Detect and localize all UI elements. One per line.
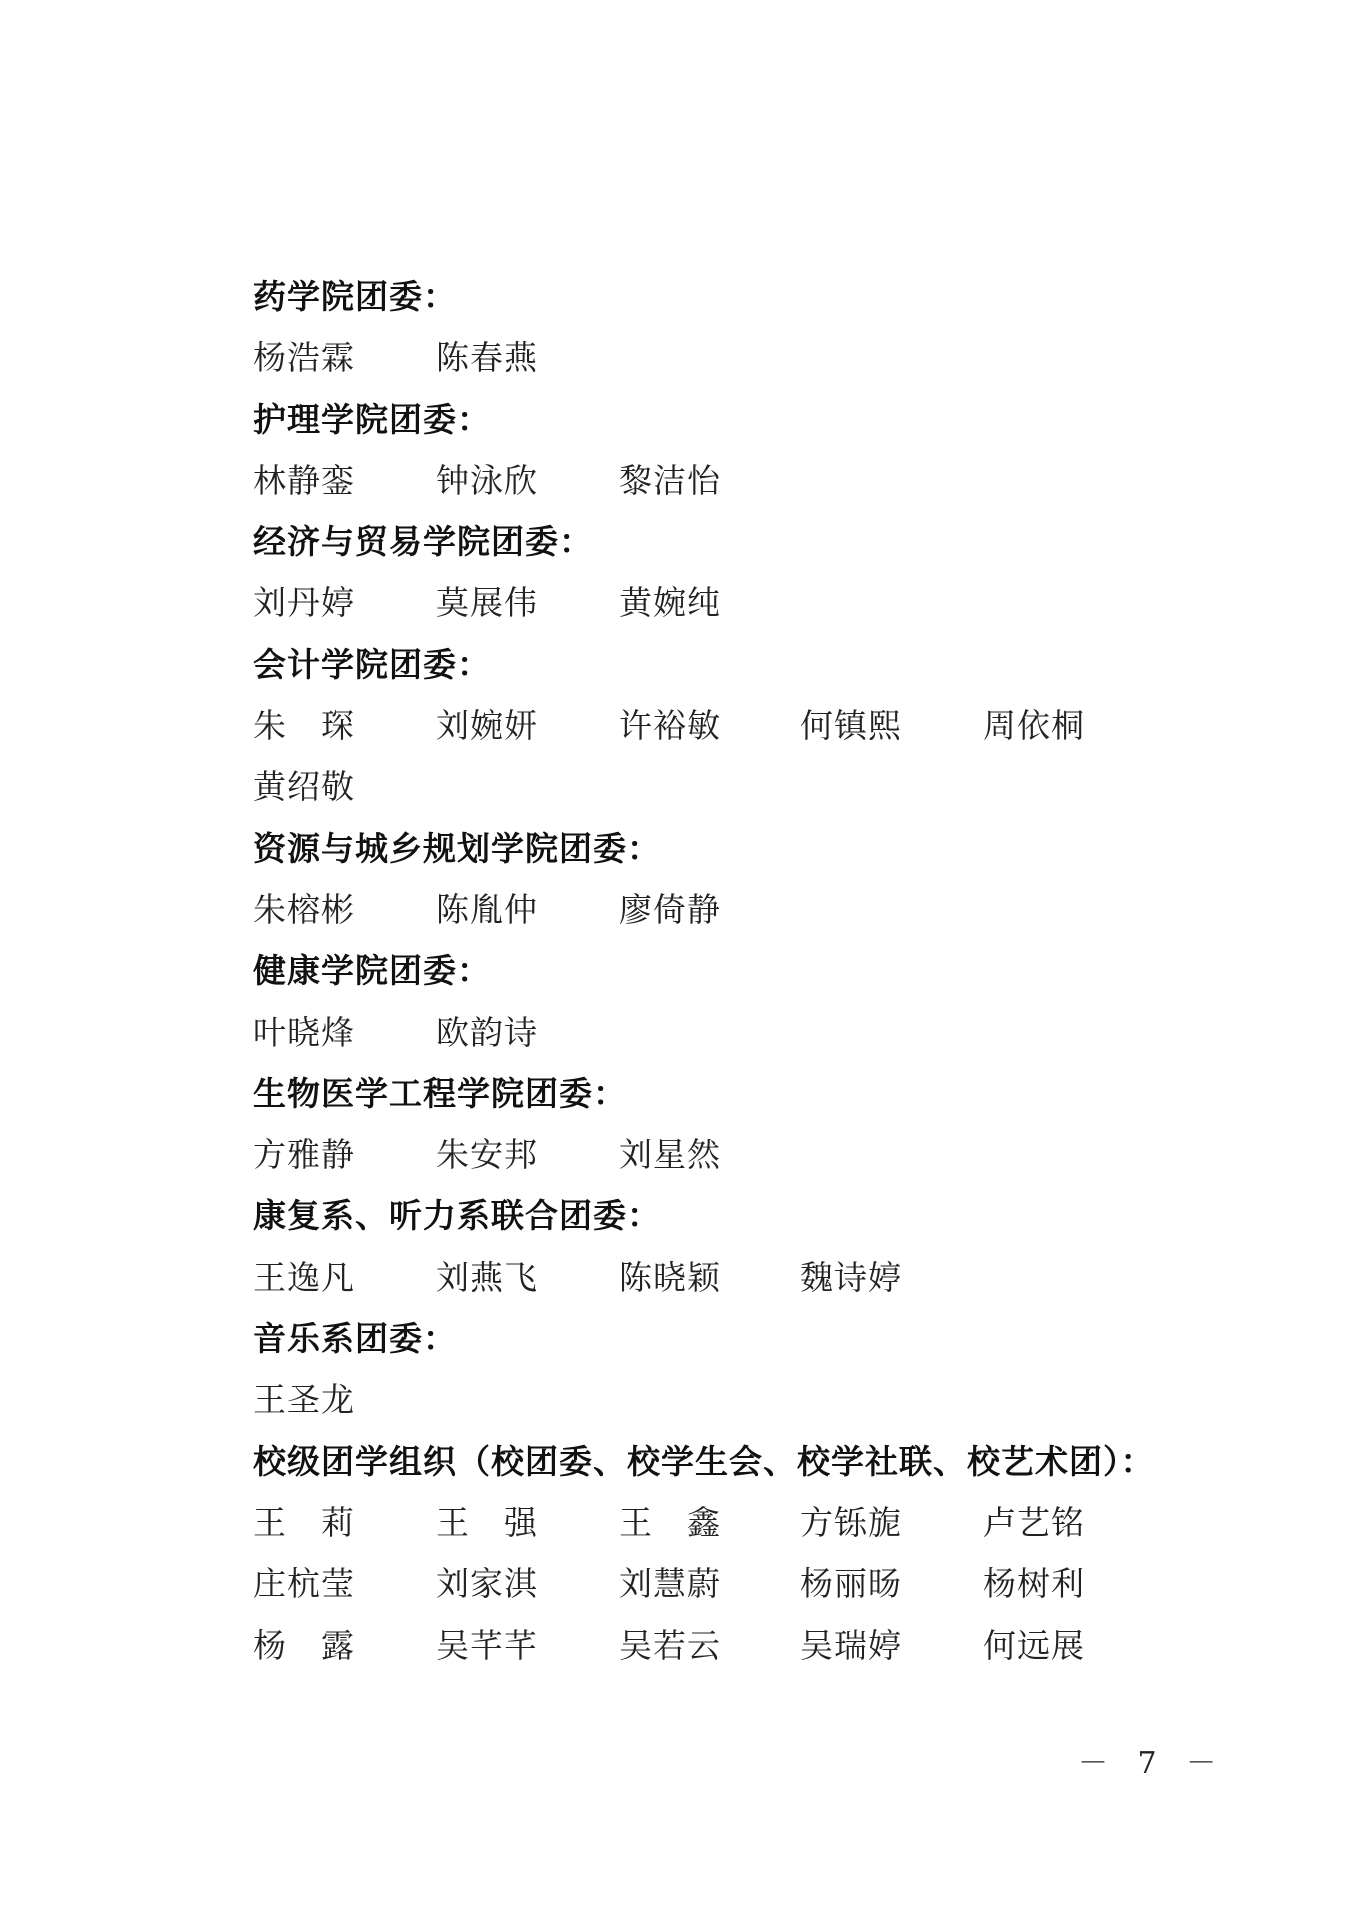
member-name: 何远展 xyxy=(983,1615,1085,1676)
member-name: 刘慧蔚 xyxy=(619,1553,721,1614)
name-row: 叶晓烽 欧韵诗 xyxy=(253,1002,1253,1063)
page-number: － 7 － xyxy=(1078,1738,1226,1782)
name-row: 方雅静 朱安邦 刘星然 xyxy=(253,1124,1253,1185)
member-name: 廖倚静 xyxy=(619,879,721,940)
section-heading-resources-urban-planning: 资源与城乡规划学院团委： xyxy=(253,818,1253,879)
member-name: 陈胤仲 xyxy=(436,879,538,940)
member-name: 陈晓颖 xyxy=(619,1247,721,1308)
section-heading-rehab-audiology: 康复系、听力系联合团委： xyxy=(253,1185,1253,1246)
member-name: 莫展伟 xyxy=(436,572,538,633)
member-name: 杨 露 xyxy=(253,1615,355,1676)
member-name: 刘燕飞 xyxy=(436,1247,538,1308)
name-row: 林静銮 钟泳欣 黎洁怡 xyxy=(253,450,1253,511)
member-name: 刘丹婷 xyxy=(253,572,355,633)
member-name: 陈春燕 xyxy=(436,327,538,388)
member-name: 林静銮 xyxy=(253,450,355,511)
member-name: 吴瑞婷 xyxy=(800,1615,902,1676)
name-row: 黄绍敬 xyxy=(253,756,1253,817)
member-name: 刘家淇 xyxy=(436,1553,538,1614)
member-name: 方雅静 xyxy=(253,1124,355,1185)
member-name: 杨丽旸 xyxy=(800,1553,902,1614)
member-name: 杨浩霖 xyxy=(253,327,355,388)
member-name: 朱 琛 xyxy=(253,695,355,756)
name-row: 杨浩霖 陈春燕 xyxy=(253,327,1253,388)
section-heading-accounting: 会计学院团委： xyxy=(253,634,1253,695)
member-name: 庄杭莹 xyxy=(253,1553,355,1614)
name-row: 庄杭莹 刘家淇 刘慧蔚 杨丽旸 杨树利 xyxy=(253,1553,1253,1614)
document-page: 药学院团委： 杨浩霖 陈春燕 护理学院团委： 林静銮 钟泳欣 黎洁怡 经济与贸易… xyxy=(0,0,1350,1909)
member-name: 刘星然 xyxy=(619,1124,721,1185)
member-name: 吴若云 xyxy=(619,1615,721,1676)
name-row: 杨 露 吴芊芊 吴若云 吴瑞婷 何远展 xyxy=(253,1615,1253,1676)
section-heading-economics-trade: 经济与贸易学院团委： xyxy=(253,511,1253,572)
member-name: 王 强 xyxy=(436,1492,538,1553)
member-name: 方铄旎 xyxy=(800,1492,902,1553)
section-heading-biomedical-engineering: 生物医学工程学院团委： xyxy=(253,1063,1253,1124)
member-name: 魏诗婷 xyxy=(800,1247,902,1308)
member-name: 王圣龙 xyxy=(253,1369,355,1430)
member-name: 叶晓烽 xyxy=(253,1002,355,1063)
member-name: 刘婉妍 xyxy=(436,695,538,756)
name-row: 王逸凡 刘燕飞 陈晓颖 魏诗婷 xyxy=(253,1247,1253,1308)
member-name: 王 莉 xyxy=(253,1492,355,1553)
member-name: 周依桐 xyxy=(983,695,1085,756)
member-name: 吴芊芊 xyxy=(436,1615,538,1676)
member-name: 卢艺铭 xyxy=(983,1492,1085,1553)
name-row: 王 莉 王 强 王 鑫 方铄旎 卢艺铭 xyxy=(253,1492,1253,1553)
member-name: 钟泳欣 xyxy=(436,450,538,511)
member-name: 王 鑫 xyxy=(619,1492,721,1553)
name-row: 朱榕彬 陈胤仲 廖倚静 xyxy=(253,879,1253,940)
section-heading-school-level-orgs: 校级团学组织（校团委、校学生会、校学社联、校艺术团）： xyxy=(253,1431,1253,1492)
member-name: 黎洁怡 xyxy=(619,450,721,511)
member-name: 何镇熙 xyxy=(800,695,902,756)
member-name: 朱榕彬 xyxy=(253,879,355,940)
name-list: 药学院团委： 杨浩霖 陈春燕 护理学院团委： 林静銮 钟泳欣 黎洁怡 经济与贸易… xyxy=(253,266,1253,1676)
name-row: 王圣龙 xyxy=(253,1369,1253,1430)
section-heading-health: 健康学院团委： xyxy=(253,940,1253,1001)
member-name: 黄婉纯 xyxy=(619,572,721,633)
section-heading-music: 音乐系团委： xyxy=(253,1308,1253,1369)
name-row: 朱 琛 刘婉妍 许裕敏 何镇熙 周依桐 xyxy=(253,695,1253,756)
member-name: 黄绍敬 xyxy=(253,756,355,817)
member-name: 许裕敏 xyxy=(619,695,721,756)
name-row: 刘丹婷 莫展伟 黄婉纯 xyxy=(253,572,1253,633)
section-heading-pharmacy: 药学院团委： xyxy=(253,266,1253,327)
member-name: 欧韵诗 xyxy=(436,1002,538,1063)
member-name: 王逸凡 xyxy=(253,1247,355,1308)
member-name: 杨树利 xyxy=(983,1553,1085,1614)
member-name: 朱安邦 xyxy=(436,1124,538,1185)
section-heading-nursing: 护理学院团委： xyxy=(253,389,1253,450)
